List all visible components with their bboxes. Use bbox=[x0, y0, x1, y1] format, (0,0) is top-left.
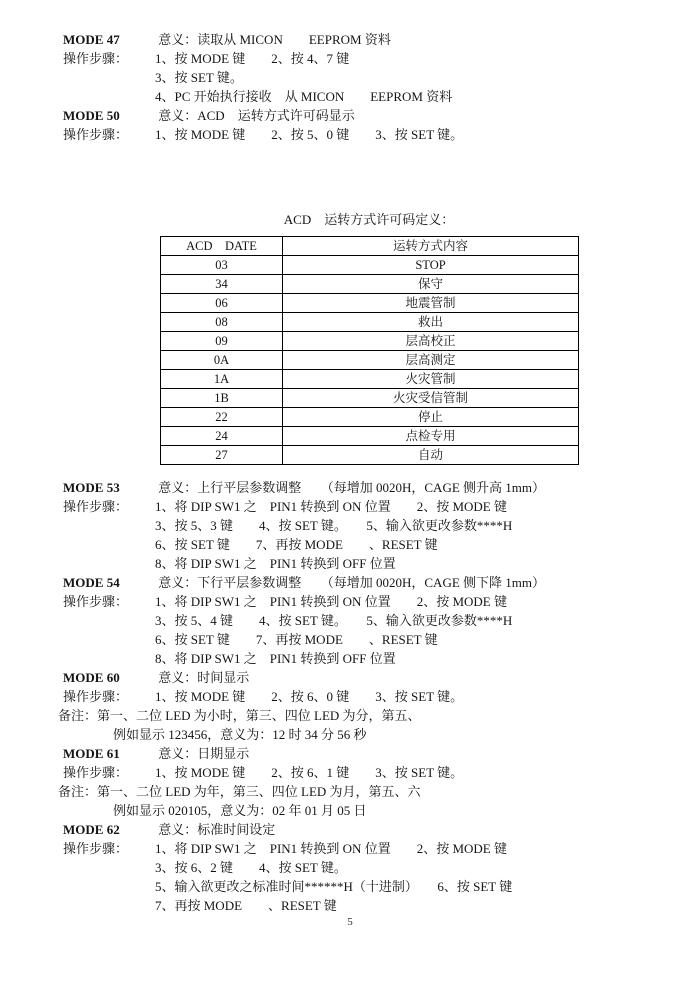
steps-label: 操作步骤： bbox=[63, 687, 155, 706]
steps-label: 操作步骤： bbox=[63, 763, 155, 782]
doc-line: 3、按 SET 键。 bbox=[63, 68, 660, 87]
acd-meaning: 救出 bbox=[283, 313, 579, 332]
acd-code: 0A bbox=[161, 351, 283, 370]
lower-modes-block: MODE 53 意义：上行平层参数调整 （每增加 0020H，CAGE 侧升高 … bbox=[63, 478, 660, 915]
mode-label: MODE 61 bbox=[63, 744, 155, 763]
line-text: 3、按 5、3 键 4、按 SET 键。 5、输入欲更改参数****H bbox=[155, 516, 660, 535]
acd-code: 09 bbox=[161, 332, 283, 351]
acd-code: 1B bbox=[161, 389, 283, 408]
line-text: 3、按 6、2 键 4、按 SET 键。 bbox=[155, 858, 660, 877]
table-row: 22 停止 bbox=[161, 408, 579, 427]
table-row: 1B 火灾受信管制 bbox=[161, 389, 579, 408]
line-text: 5、输入欲更改之标准时间******H（十进制） 6、按 SET 键 bbox=[155, 877, 660, 896]
doc-line: 操作步骤： 1、将 DIP SW1 之 PIN1 转换到 ON 位置 2、按 M… bbox=[63, 592, 660, 611]
acd-meaning: 点检专用 bbox=[283, 427, 579, 446]
doc-line: 操作步骤： 1、按 MODE 键 2、按 6、1 键 3、按 SET 键。 bbox=[63, 763, 660, 782]
acd-meaning: 层高测定 bbox=[283, 351, 579, 370]
doc-line: 操作步骤： 1、将 DIP SW1 之 PIN1 转换到 ON 位置 2、按 M… bbox=[63, 839, 660, 858]
line-text: 1、按 MODE 键 2、按 4、7 键 bbox=[155, 49, 660, 68]
line-text: 1、按 MODE 键 2、按 6、1 键 3、按 SET 键。 bbox=[155, 763, 660, 782]
doc-line: 操作步骤： 1、按 MODE 键 2、按 6、0 键 3、按 SET 键。 bbox=[63, 687, 660, 706]
acd-meaning: 火灾管制 bbox=[283, 370, 579, 389]
doc-line: MODE 54 意义：下行平层参数调整 （每增加 0020H，CAGE 侧下降 … bbox=[63, 573, 660, 592]
line-text: 7、再按 MODE 、RESET 键 bbox=[155, 896, 660, 915]
line-text: 意义：日期显示 bbox=[155, 744, 660, 763]
line-text: 6、按 SET 键 7、再按 MODE 、RESET 键 bbox=[155, 535, 660, 554]
acd-code: 08 bbox=[161, 313, 283, 332]
col-header-content: 运转方式内容 bbox=[283, 237, 579, 256]
acd-code: 03 bbox=[161, 256, 283, 275]
mode-label: MODE 60 bbox=[63, 668, 155, 687]
line-text: 1、将 DIP SW1 之 PIN1 转换到 ON 位置 2、按 MODE 键 bbox=[155, 497, 660, 516]
acd-code: 27 bbox=[161, 446, 283, 465]
table-row: 24 点检专用 bbox=[161, 427, 579, 446]
note-line: 备注：第一、二位 LED 为年，第三、四位 LED 为月，第五、六 bbox=[58, 782, 660, 801]
mode-label: MODE 47 bbox=[63, 30, 155, 49]
doc-line: 3、按 5、3 键 4、按 SET 键。 5、输入欲更改参数****H bbox=[63, 516, 660, 535]
note-example-line: 例如显示 123456，意义为：12 时 34 分 56 秒 bbox=[113, 725, 660, 744]
acd-meaning: 自动 bbox=[283, 446, 579, 465]
document-page: MODE 47 意义：读取从 MICON EEPROM 资料 操作步骤： 1、按… bbox=[0, 0, 700, 990]
doc-line: 6、按 SET 键 7、再按 MODE 、RESET 键 bbox=[63, 630, 660, 649]
acd-code: 22 bbox=[161, 408, 283, 427]
acd-meaning: 地震管制 bbox=[283, 294, 579, 313]
doc-line: 5、输入欲更改之标准时间******H（十进制） 6、按 SET 键 bbox=[63, 877, 660, 896]
line-text: 3、按 5、4 键 4、按 SET 键。 5、输入欲更改参数****H bbox=[155, 611, 660, 630]
doc-line: 3、按 5、4 键 4、按 SET 键。 5、输入欲更改参数****H bbox=[63, 611, 660, 630]
doc-line: MODE 47 意义：读取从 MICON EEPROM 资料 bbox=[63, 30, 660, 49]
acd-table-title: ACD 运转方式许可码定义： bbox=[160, 210, 578, 229]
table-row: 34 保守 bbox=[161, 275, 579, 294]
acd-code-table: ACD DATE 运转方式内容 03 STOP 34 保守 06 地震管制 08 bbox=[160, 236, 579, 465]
line-text: 1、将 DIP SW1 之 PIN1 转换到 ON 位置 2、按 MODE 键 bbox=[155, 592, 660, 611]
note-example-line: 例如显示 020105，意义为：02 年 01 月 05 日 bbox=[113, 801, 660, 820]
line-text: 意义：下行平层参数调整 （每增加 0020H，CAGE 侧下降 1mm） bbox=[155, 573, 660, 592]
line-text: 备注：第一、二位 LED 为年，第三、四位 LED 为月，第五、六 bbox=[58, 782, 660, 801]
acd-meaning: 层高校正 bbox=[283, 332, 579, 351]
col-header-acd-date: ACD DATE bbox=[161, 237, 283, 256]
table-row: 0A 层高测定 bbox=[161, 351, 579, 370]
table-row: 27 自动 bbox=[161, 446, 579, 465]
line-text: 意义：上行平层参数调整 （每增加 0020H，CAGE 侧升高 1mm） bbox=[155, 478, 660, 497]
doc-line: MODE 61 意义：日期显示 bbox=[63, 744, 660, 763]
line-text: 6、按 SET 键 7、再按 MODE 、RESET 键 bbox=[155, 630, 660, 649]
line-text: 备注：第一、二位 LED 为小时，第三、四位 LED 为分，第五、 bbox=[58, 706, 660, 725]
line-text: 3、按 SET 键。 bbox=[155, 68, 660, 87]
doc-line: 6、按 SET 键 7、再按 MODE 、RESET 键 bbox=[63, 535, 660, 554]
line-text: 1、将 DIP SW1 之 PIN1 转换到 ON 位置 2、按 MODE 键 bbox=[155, 839, 660, 858]
page-number: 5 bbox=[0, 916, 700, 928]
line-text: 8、将 DIP SW1 之 PIN1 转换到 OFF 位置 bbox=[155, 554, 660, 573]
line-text: 4、PC 开始执行接收 从 MICON EEPROM 资料 bbox=[155, 87, 660, 106]
line-text: 1、按 MODE 键 2、按 5、0 键 3、按 SET 键。 bbox=[155, 125, 660, 144]
mode-label: MODE 54 bbox=[63, 573, 155, 592]
line-text: 8、将 DIP SW1 之 PIN1 转换到 OFF 位置 bbox=[155, 649, 660, 668]
mode-label: MODE 53 bbox=[63, 478, 155, 497]
table-header-row: ACD DATE 运转方式内容 bbox=[161, 237, 579, 256]
doc-line: MODE 62 意义：标准时间设定 bbox=[63, 820, 660, 839]
acd-code: 24 bbox=[161, 427, 283, 446]
doc-line: MODE 53 意义：上行平层参数调整 （每增加 0020H，CAGE 侧升高 … bbox=[63, 478, 660, 497]
doc-line: 8、将 DIP SW1 之 PIN1 转换到 OFF 位置 bbox=[63, 649, 660, 668]
doc-line: MODE 50 意义：ACD 运转方式许可码显示 bbox=[63, 106, 660, 125]
doc-line: 7、再按 MODE 、RESET 键 bbox=[63, 896, 660, 915]
line-text: 1、按 MODE 键 2、按 6、0 键 3、按 SET 键。 bbox=[155, 687, 660, 706]
doc-line: 8、将 DIP SW1 之 PIN1 转换到 OFF 位置 bbox=[63, 554, 660, 573]
doc-line: 4、PC 开始执行接收 从 MICON EEPROM 资料 bbox=[63, 87, 660, 106]
acd-meaning: 停止 bbox=[283, 408, 579, 427]
table-row: 1A 火灾管制 bbox=[161, 370, 579, 389]
line-text: 意义：标准时间设定 bbox=[155, 820, 660, 839]
line-text: 意义：读取从 MICON EEPROM 资料 bbox=[155, 30, 660, 49]
mode-label: MODE 50 bbox=[63, 106, 155, 125]
doc-line: 操作步骤： 1、将 DIP SW1 之 PIN1 转换到 ON 位置 2、按 M… bbox=[63, 497, 660, 516]
line-text: 例如显示 020105，意义为：02 年 01 月 05 日 bbox=[113, 801, 660, 820]
acd-meaning: 保守 bbox=[283, 275, 579, 294]
table-row: 08 救出 bbox=[161, 313, 579, 332]
acd-code: 1A bbox=[161, 370, 283, 389]
line-text: 意义：时间显示 bbox=[155, 668, 660, 687]
doc-line: 操作步骤： 1、按 MODE 键 2、按 4、7 键 bbox=[63, 49, 660, 68]
acd-code: 06 bbox=[161, 294, 283, 313]
note-line: 备注：第一、二位 LED 为小时，第三、四位 LED 为分，第五、 bbox=[58, 706, 660, 725]
acd-table-section: ACD 运转方式许可码定义： ACD DATE 运转方式内容 03 STOP 3… bbox=[160, 210, 578, 465]
table-row: 06 地震管制 bbox=[161, 294, 579, 313]
acd-meaning: STOP bbox=[283, 256, 579, 275]
acd-code: 34 bbox=[161, 275, 283, 294]
steps-label: 操作步骤： bbox=[63, 592, 155, 611]
steps-label: 操作步骤： bbox=[63, 49, 155, 68]
table-row: 09 层高校正 bbox=[161, 332, 579, 351]
doc-line: 操作步骤： 1、按 MODE 键 2、按 5、0 键 3、按 SET 键。 bbox=[63, 125, 660, 144]
acd-meaning: 火灾受信管制 bbox=[283, 389, 579, 408]
steps-label: 操作步骤： bbox=[63, 125, 155, 144]
line-text: 例如显示 123456，意义为：12 时 34 分 56 秒 bbox=[113, 725, 660, 744]
steps-label: 操作步骤： bbox=[63, 497, 155, 516]
table-row: 03 STOP bbox=[161, 256, 579, 275]
mode-label: MODE 62 bbox=[63, 820, 155, 839]
doc-line: MODE 60 意义：时间显示 bbox=[63, 668, 660, 687]
steps-label: 操作步骤： bbox=[63, 839, 155, 858]
line-text: 意义：ACD 运转方式许可码显示 bbox=[155, 106, 660, 125]
doc-line: 3、按 6、2 键 4、按 SET 键。 bbox=[63, 858, 660, 877]
